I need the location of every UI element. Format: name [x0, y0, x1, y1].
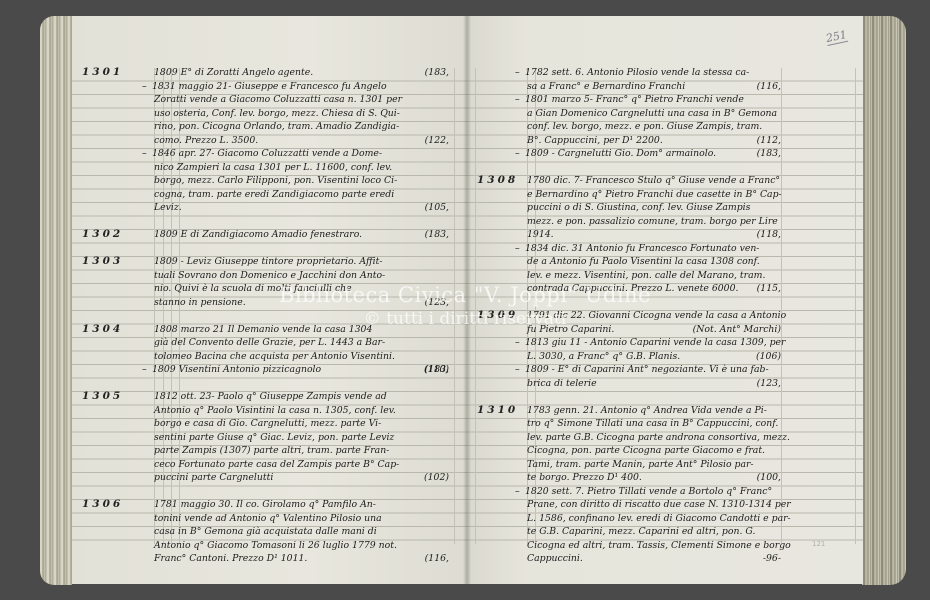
entry-line: nico Zampieri la casa 1301 per L. 11600,…: [154, 161, 449, 175]
entry-text: a Gian Domenico Cargnelutti una casa in …: [527, 108, 777, 119]
entry-line: tonini vende ad Antonio q° Valentino Pil…: [154, 512, 449, 526]
entry-text: ceco Fortunato parte casa del Zampis par…: [154, 459, 399, 470]
right-entries: –1782 sett. 6. Antonio Pilosio vende la …: [467, 66, 863, 566]
entry-line: stanno in pensione.(123,: [154, 296, 449, 310]
entry-gap: [154, 215, 449, 229]
sub-entry-dash: –: [515, 363, 525, 377]
entry-text: 1809 - Cargnelutti Gio. Dom° armainolo.: [525, 148, 716, 159]
ledger-entry: 13061781 maggio 30. Il co. Girolamo q° P…: [154, 498, 449, 566]
ledger-entry: 13091791 dic 22. Giovanni Cicogna vende …: [527, 309, 781, 390]
entry-line: B°. Cappuccini, per D¹ 2200.(112,: [527, 134, 781, 148]
entry-line: –1809 Visentini Antonio pizzicagnolo(183…: [154, 363, 449, 377]
entry-text: Cappuccini.: [527, 553, 583, 564]
entry-line: Cicogna ed altri, tram. Tassis, Clementi…: [527, 539, 781, 553]
entry-line: Tami, tram. parte Manin, parte Ant° Pilo…: [527, 458, 781, 472]
entry-text: già del Convento delle Grazie, per L. 14…: [154, 337, 385, 348]
entry-line: borgo, mezz. Carlo Filipponi, pon. Visen…: [154, 174, 449, 188]
source-reference: (183,: [425, 66, 449, 80]
entry-line: lev. e mezz. Visentini, pon. calle del M…: [527, 269, 781, 283]
entry-text: Cicogna, pon. parte Cicogna parte Giacom…: [527, 445, 765, 456]
entry-line: tuali Sovrano don Domenico e Jacchini do…: [154, 269, 449, 283]
entry-text: 1809 Visentini Antonio pizzicagnolo: [152, 364, 321, 375]
house-number: 1301: [82, 66, 120, 80]
entry-text: Cicogna ed altri, tram. Tassis, Clementi…: [527, 540, 791, 551]
house-number: 1310: [477, 404, 515, 418]
entry-line: borgo e casa di Gio. Cargnelutti, mezz. …: [154, 417, 449, 431]
entry-text: 1846 apr. 27- Giacomo Coluzzatti vende a…: [152, 148, 382, 159]
source-reference: (118,: [757, 228, 781, 242]
entry-text: 1812 ott. 23- Paolo q° Giuseppe Zampis v…: [154, 391, 387, 402]
entry-line: già del Convento delle Grazie, per L. 14…: [154, 336, 449, 350]
sub-entry-dash: –: [515, 93, 525, 107]
entry-text: 1809 E° di Zoratti Angelo agente.: [154, 67, 313, 78]
ledger-entry: 13101783 genn. 21. Antonio q° Andrea Vid…: [527, 404, 781, 566]
entry-gap: [154, 485, 449, 499]
entry-text: B°. Cappuccini, per D¹ 2200.: [527, 135, 663, 146]
entry-line: a Gian Domenico Cargnelutti una casa in …: [527, 107, 781, 121]
entry-line: –1820 sett. 7. Pietro Tillati vende a Bo…: [527, 485, 781, 499]
entry-line: tro q° Simone Tillati una casa in B° Cap…: [527, 417, 781, 431]
entry-line: lev. parte G.B. Cicogna parte androna co…: [527, 431, 781, 445]
entry-text: 1781 maggio 30. Il co. Girolamo q° Pamfi…: [154, 499, 376, 510]
entry-text: 1809 - Leviz Giuseppe tintore proprietar…: [154, 256, 382, 267]
house-number: 1304: [82, 323, 120, 337]
source-reference: (183,: [425, 228, 449, 242]
entry-line: –1801 marzo 5- Franc° q° Pietro Franchi …: [527, 93, 781, 107]
entry-line: de a Antonio fu Paolo Visentini la casa …: [527, 255, 781, 269]
entry-line: como. Prezzo L. 3500.(122,: [154, 134, 449, 148]
source-reference: (116,: [757, 80, 781, 94]
entry-line: sentini parte Giuse q° Giac. Leviz, pon.…: [154, 431, 449, 445]
source-reference: (123,: [757, 377, 781, 391]
entry-line: casa in B° Gemona già acquistata dalle m…: [154, 525, 449, 539]
source-reference: (183,: [757, 147, 781, 161]
entry-text: 1809 - E° di Caparini Ant° negoziante. V…: [525, 364, 769, 375]
house-number: 1302: [82, 228, 120, 242]
source-reference: (116,: [425, 552, 449, 566]
sub-entry-dash: –: [142, 80, 152, 94]
source-reference: (123,: [425, 296, 449, 310]
entry-text: Antonio q° Paolo Visintini la casa n. 13…: [154, 405, 396, 416]
source-reference: (106): [756, 350, 781, 364]
entry-line: 1791 dic 22. Giovanni Cicogna vende la c…: [527, 309, 781, 323]
ledger-entry: 13021809 E di Zandigiacomo Amadio fenest…: [154, 228, 449, 242]
entry-gap: [527, 390, 781, 404]
entry-line: parte Zampis (1307) parte altri, tram. p…: [154, 444, 449, 458]
entry-line: –1831 maggio 21- Giuseppe e Francesco fu…: [154, 80, 449, 94]
entry-text: tolomeo Bacina che acquista per Antonio …: [154, 351, 395, 362]
entry-text: tuali Sovrano don Domenico e Jacchini do…: [154, 270, 385, 281]
house-number: 1309: [477, 309, 515, 323]
entry-text: lev. e mezz. Visentini, pon. calle del M…: [527, 270, 765, 281]
entry-text: mezz. e pon. passalizio comune, tram. bo…: [527, 216, 778, 227]
sub-entry-dash: –: [142, 147, 152, 161]
entry-line: sa a Franc° e Bernardino Franchi(116,: [527, 80, 781, 94]
entry-line: te borgo. Prezzo D¹ 400.(100,: [527, 471, 781, 485]
entry-gap: [527, 296, 781, 310]
left-page: 13011809 E° di Zoratti Angelo agente.(18…: [72, 16, 467, 584]
sub-entry-dash: –: [515, 485, 525, 499]
entry-line: mezz. e pon. passalizio comune, tram. bo…: [527, 215, 781, 229]
left-page-edges: [40, 16, 72, 585]
source-reference: (100,: [757, 471, 781, 485]
entry-text: L. 3030, a Franc° q° G.B. Planis.: [527, 351, 680, 362]
source-reference: (102): [424, 471, 449, 485]
entry-line: –1834 dic. 31 Antonio fu Francesco Fortu…: [527, 242, 781, 256]
entry-line: Zoratti vende a Giacomo Coluzzatti casa …: [154, 93, 449, 107]
entry-text: L. 1586, confinano lev. eredi di Giacomo…: [527, 513, 791, 524]
house-number: 1303: [82, 255, 120, 269]
entry-line: 1812 ott. 23- Paolo q° Giuseppe Zampis v…: [154, 390, 449, 404]
entry-line: puccini o di S. Giustina, conf. lev. Giu…: [527, 201, 781, 215]
left-entries: 13011809 E° di Zoratti Angelo agente.(18…: [72, 66, 467, 566]
entry-text: contrada Cappuccini. Prezzo L. venete 60…: [527, 283, 738, 294]
entry-line: fu Pietro Caparini.(Not. Ant° Marchi): [527, 323, 781, 337]
entry-line: –1809 - Cargnelutti Gio. Dom° armainolo.…: [527, 147, 781, 161]
entry-line: L. 1586, confinano lev. eredi di Giacomo…: [527, 512, 781, 526]
source-reference: (Not. Ant° Marchi): [693, 323, 781, 337]
entry-text: 1782 sett. 6. Antonio Pilosio vende la s…: [525, 67, 749, 78]
sub-entry-dash: –: [515, 336, 525, 350]
sub-entry-dash: –: [142, 363, 152, 377]
entry-text: te borgo. Prezzo D¹ 400.: [527, 472, 642, 483]
sub-entry-dash: –: [515, 242, 525, 256]
entry-text: Antonio q° Giacomo Tomasoni li 26 luglio…: [154, 540, 397, 551]
entry-line: 1809 E di Zandigiacomo Amadio fenestraro…: [154, 228, 449, 242]
entry-text: stanno in pensione.: [154, 297, 246, 308]
entry-text: tonini vende ad Antonio q° Valentino Pil…: [154, 513, 382, 524]
entry-text: Franc° Cantoni. Prezzo D¹ 1011.: [154, 553, 307, 564]
entry-text: 1780 dic. 7- Francesco Stulo q° Giuse ve…: [527, 175, 780, 186]
entry-text: e Bernardino q° Pietro Franchi due caset…: [527, 189, 782, 200]
entry-line: Antonio q° Paolo Visintini la casa n. 13…: [154, 404, 449, 418]
entry-line: 1914.(118,: [527, 228, 781, 242]
entry-text: rino, pon. Cicogna Orlando, tram. Amadio…: [154, 121, 399, 132]
entry-gap: [154, 377, 449, 391]
entry-text: tro q° Simone Tillati una casa in B° Cap…: [527, 418, 778, 429]
entry-line: brica di telerie(123,: [527, 377, 781, 391]
entry-text: brica di telerie: [527, 378, 597, 389]
entry-text: Prane, con diritto di riscatto due case …: [527, 499, 791, 510]
entry-line: nio. Quivi è la scuola di molti fanciull…: [154, 282, 449, 296]
entry-text: borgo e casa di Gio. Cargnelutti, mezz. …: [154, 418, 381, 429]
page-stamp: 121: [812, 540, 825, 548]
ledger-entry: 13031809 - Leviz Giuseppe tintore propri…: [154, 255, 449, 309]
entry-text: Leviz.: [154, 202, 182, 213]
entry-line: e Bernardino q° Pietro Franchi due caset…: [527, 188, 781, 202]
ledger-entry: –1782 sett. 6. Antonio Pilosio vende la …: [527, 66, 781, 161]
entry-line: Cappuccini.-96-: [527, 552, 781, 566]
entry-text: borgo, mezz. Carlo Filipponi, pon. Visen…: [154, 175, 397, 186]
source-reference: (115,: [757, 282, 781, 296]
source-reference: (122,: [425, 134, 449, 148]
entry-line: 1781 maggio 30. Il co. Girolamo q° Pamfi…: [154, 498, 449, 512]
entry-line: contrada Cappuccini. Prezzo L. venete 60…: [527, 282, 781, 296]
ledger-entry: 13051812 ott. 23- Paolo q° Giuseppe Zamp…: [154, 390, 449, 485]
entry-text: 1834 dic. 31 Antonio fu Francesco Fortun…: [525, 243, 759, 254]
source-reference: -96-: [763, 552, 781, 566]
sub-entry-dash: –: [515, 147, 525, 161]
entry-line: uso osteria, Conf. lev. borgo, mezz. Chi…: [154, 107, 449, 121]
source-reference: (105,: [425, 201, 449, 215]
entry-text: puccini o di S. Giustina, conf. lev. Giu…: [527, 202, 750, 213]
open-ledger-book: 13011809 E° di Zoratti Angelo agente.(18…: [0, 0, 930, 600]
entry-text: 1783 genn. 21. Antonio q° Andrea Vida ve…: [527, 405, 767, 416]
entry-text: 1791 dic 22. Giovanni Cicogna vende la c…: [527, 310, 786, 321]
entry-line: cogna, tram. parte eredi Zandigiacomo pa…: [154, 188, 449, 202]
entry-text: 1831 maggio 21- Giuseppe e Francesco fu …: [152, 81, 387, 92]
entry-text: parte Zampis (1307) parte altri, tram. p…: [154, 445, 389, 456]
house-number: 1305: [82, 390, 120, 404]
entry-text: te G.B. Caparini, mezz. Caparini ed altr…: [527, 526, 755, 537]
entry-line: Franc° Cantoni. Prezzo D¹ 1011.(116,: [154, 552, 449, 566]
entry-line: 1783 genn. 21. Antonio q° Andrea Vida ve…: [527, 404, 781, 418]
entry-gap: [154, 309, 449, 323]
entry-line: conf. lev. borgo, mezz. e pon. Giuse Zam…: [527, 120, 781, 134]
entry-text: Zoratti vende a Giacomo Coluzzatti casa …: [154, 94, 402, 105]
entry-text: 1820 sett. 7. Pietro Tillati vende a Bor…: [525, 486, 772, 497]
entry-text: uso osteria, Conf. lev. borgo, mezz. Chi…: [154, 108, 400, 119]
entry-line: –1782 sett. 6. Antonio Pilosio vende la …: [527, 66, 781, 80]
ledger-entry: 13011809 E° di Zoratti Angelo agente.(18…: [154, 66, 449, 215]
entry-line: Cicogna, pon. parte Cicogna parte Giacom…: [527, 444, 781, 458]
entry-line: Leviz.(105,: [154, 201, 449, 215]
entry-text: fu Pietro Caparini.: [527, 324, 614, 335]
entry-text: 1914.: [527, 229, 554, 240]
source-reference: (112,: [757, 134, 781, 148]
entry-text: nico Zampieri la casa 1301 per L. 11600,…: [154, 162, 392, 173]
entry-line: 1809 E° di Zoratti Angelo agente.(183,: [154, 66, 449, 80]
entry-line: –1846 apr. 27- Giacomo Coluzzatti vende …: [154, 147, 449, 161]
entry-line: tolomeo Bacina che acquista per Antonio …: [154, 350, 449, 364]
entry-text: 1813 giu 11 - Antonio Caparini vende la …: [525, 337, 786, 348]
entry-text: nio. Quivi è la scuola di molti fanciull…: [154, 283, 352, 294]
entry-line: –1809 - E° di Caparini Ant° negoziante. …: [527, 363, 781, 377]
entry-text: de a Antonio fu Paolo Visentini la casa …: [527, 256, 760, 267]
book-gutter: [463, 16, 471, 584]
entry-line: L. 3030, a Franc° q° G.B. Planis.(106): [527, 350, 781, 364]
entry-text: 1808 marzo 21 Il Demanio vende la casa 1…: [154, 324, 372, 335]
entry-text: 1809 E di Zandigiacomo Amadio fenestraro…: [154, 229, 362, 240]
source-reference: (183,: [425, 363, 449, 377]
house-number: 1306: [82, 498, 120, 512]
entry-text: conf. lev. borgo, mezz. e pon. Giuse Zam…: [527, 121, 762, 132]
entry-line: ceco Fortunato parte casa del Zampis par…: [154, 458, 449, 472]
entry-line: Prane, con diritto di riscatto due case …: [527, 498, 781, 512]
right-page-edges: [862, 16, 906, 585]
entry-line: 1780 dic. 7- Francesco Stulo q° Giuse ve…: [527, 174, 781, 188]
entry-line: 1809 - Leviz Giuseppe tintore proprietar…: [154, 255, 449, 269]
entry-text: sa a Franc° e Bernardino Franchi: [527, 81, 685, 92]
entry-line: Antonio q° Giacomo Tomasoni li 26 luglio…: [154, 539, 449, 553]
ledger-entry: 13081780 dic. 7- Francesco Stulo q° Gius…: [527, 174, 781, 296]
entry-text: sentini parte Giuse q° Giac. Leviz, pon.…: [154, 432, 394, 443]
entry-text: como. Prezzo L. 3500.: [154, 135, 258, 146]
entry-text: Tami, tram. parte Manin, parte Ant° Pilo…: [527, 459, 754, 470]
entry-line: puccini parte Cargnelutti(102): [154, 471, 449, 485]
right-page: –1782 sett. 6. Antonio Pilosio vende la …: [467, 16, 863, 584]
entry-text: cogna, tram. parte eredi Zandigiacomo pa…: [154, 189, 394, 200]
entry-line: te G.B. Caparini, mezz. Caparini ed altr…: [527, 525, 781, 539]
entry-line: 1808 marzo 21 Il Demanio vende la casa 1…: [154, 323, 449, 337]
entry-line: –1813 giu 11 - Antonio Caparini vende la…: [527, 336, 781, 350]
sub-entry-dash: –: [515, 66, 525, 80]
entry-text: 1801 marzo 5- Franc° q° Pietro Franchi v…: [525, 94, 744, 105]
entry-text: casa in B° Gemona già acquistata dalle m…: [154, 526, 377, 537]
entry-gap: [527, 161, 781, 175]
entry-gap: [154, 242, 449, 256]
entry-text: lev. parte G.B. Cicogna parte androna co…: [527, 432, 790, 443]
entry-text: puccini parte Cargnelutti: [154, 472, 273, 483]
entry-line: rino, pon. Cicogna Orlando, tram. Amadio…: [154, 120, 449, 134]
ledger-entry: 13041808 marzo 21 Il Demanio vende la ca…: [154, 323, 449, 377]
house-number: 1308: [477, 174, 515, 188]
